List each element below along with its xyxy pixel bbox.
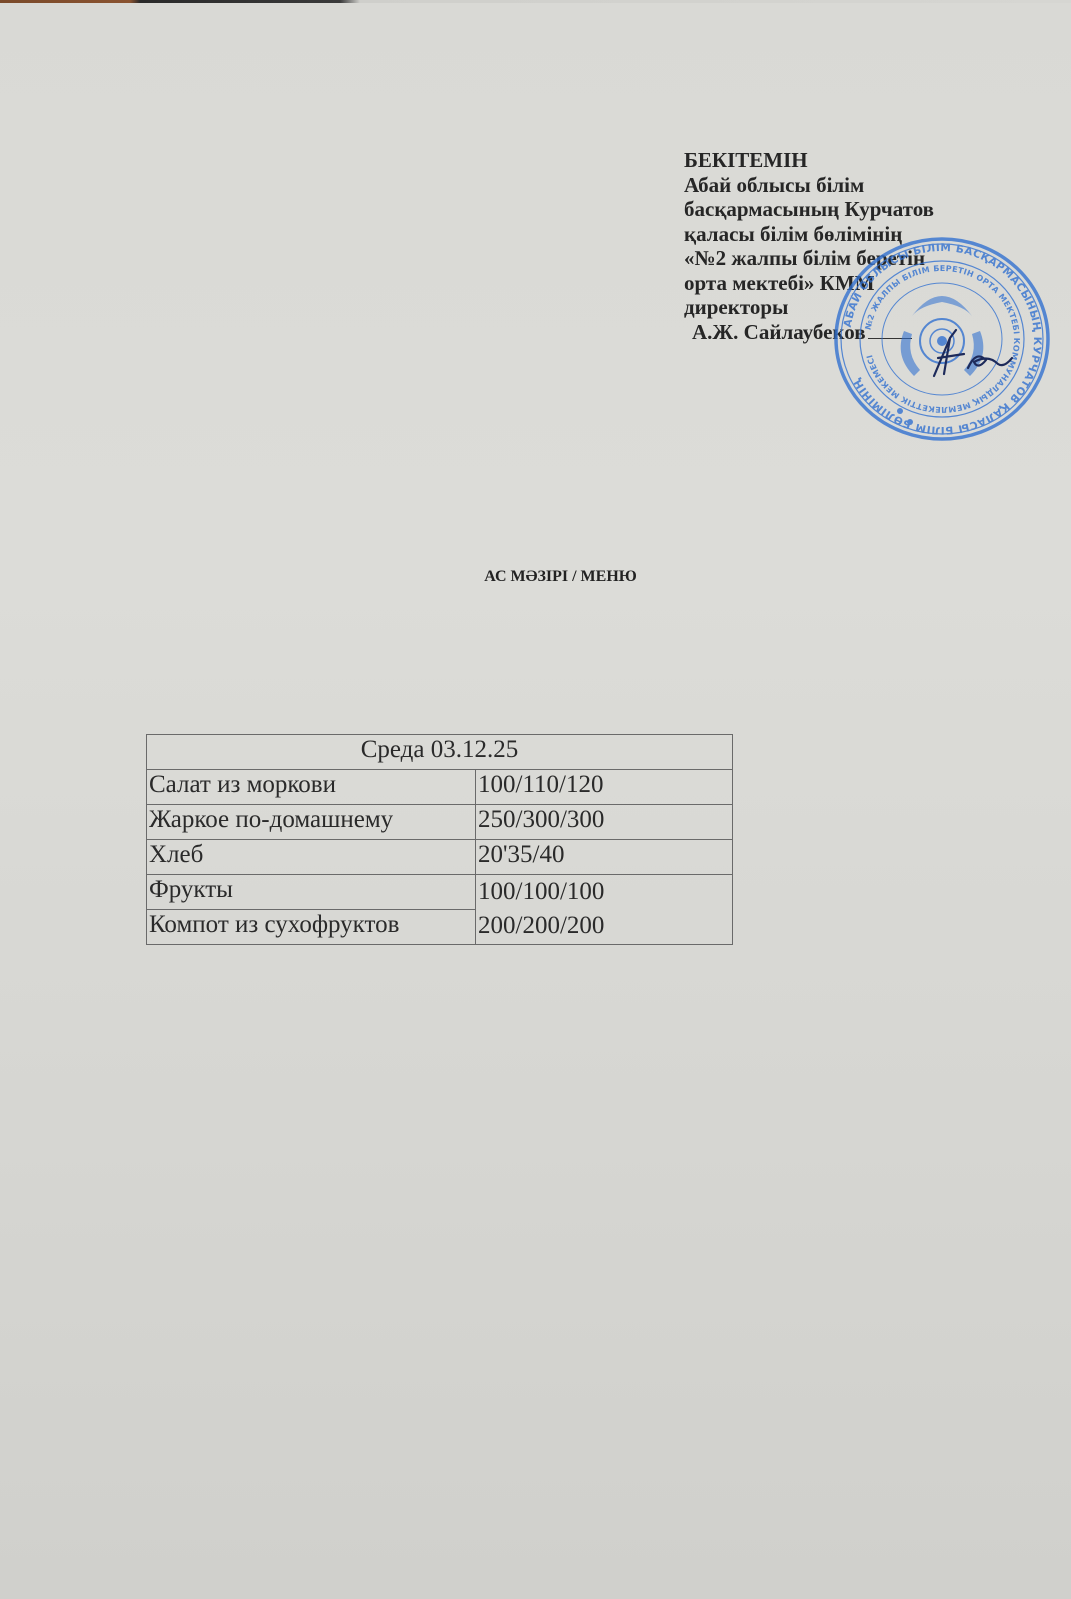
table-row: Фрукты 100/100/100 200/200/200: [147, 875, 733, 910]
dish-name: Хлеб: [147, 840, 476, 875]
page-title: АС МӘЗІРІ / МЕНЮ: [0, 568, 1071, 586]
dish-name: Компот из сухофруктов: [147, 910, 476, 945]
approval-line: орта мектебі» КММ: [684, 271, 934, 296]
menu-day-date: Среда 03.12.25: [147, 735, 733, 770]
approval-heading: БЕКІТЕМІН: [684, 148, 934, 173]
signer-name: А.Ж. Сайлаубеков: [692, 320, 866, 344]
dish-name: Жаркое по-домашнему: [147, 805, 476, 840]
portion-size: 250/300/300: [476, 805, 733, 840]
portion-size: 20'35/40: [476, 840, 733, 875]
portion-size-merged: 100/100/100 200/200/200: [476, 875, 733, 945]
menu-header-row: Среда 03.12.25: [147, 735, 733, 770]
approval-line: Абай облысы білім: [684, 173, 934, 198]
dish-name: Салат из моркови: [147, 770, 476, 805]
approval-line: қаласы білім бөлімінің: [684, 222, 934, 247]
approval-line: директоры: [684, 295, 934, 320]
signature-line: [868, 338, 912, 339]
portion-size: 100/100/100: [478, 875, 730, 909]
portion-size: 100/110/120: [476, 770, 733, 805]
menu-table: Среда 03.12.25 Салат из моркови 100/110/…: [146, 734, 733, 945]
table-row: Хлеб 20'35/40: [147, 840, 733, 875]
approval-block: БЕКІТЕМІН Абай облысы білім басқармасыны…: [684, 148, 934, 344]
dish-name: Фрукты: [147, 875, 476, 910]
signer-line: А.Ж. Сайлаубеков: [684, 320, 934, 345]
portion-size: 200/200/200: [478, 909, 730, 943]
table-row: Жаркое по-домашнему 250/300/300: [147, 805, 733, 840]
approval-line: «№2 жалпы білім беретін: [684, 246, 934, 271]
approval-line: басқармасының Курчатов: [684, 197, 934, 222]
table-row: Салат из моркови 100/110/120: [147, 770, 733, 805]
